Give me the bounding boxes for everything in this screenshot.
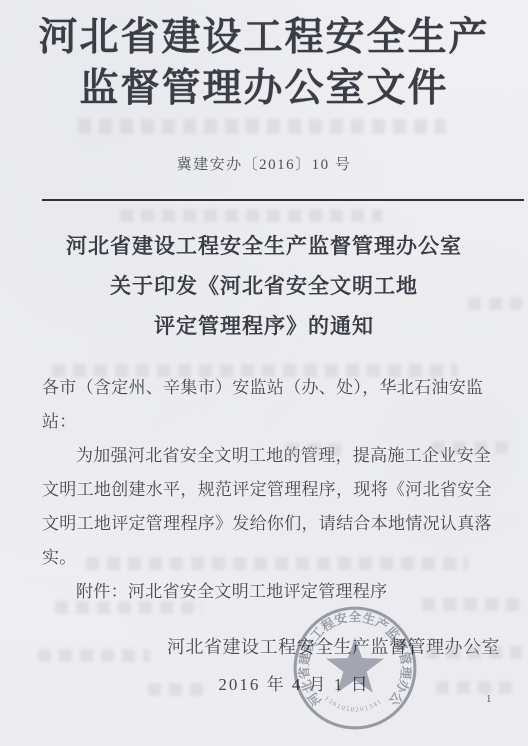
document-title-line1: 河北省建设工程安全生产监督管理办公室 — [0, 226, 528, 266]
page-number: 1 — [486, 693, 492, 705]
document-body: 各市（含定州、辛集市）安监站（办、处），华北石油安监 站： 为加强河北省安全文明… — [42, 371, 492, 609]
issuer-signature: 河北省建设工程安全生产监督管理办公室 — [0, 633, 500, 659]
official-seal-graphic: 河北省建设工程安全生产监督管理办公室 1301050201341 — [289, 601, 421, 733]
document-title: 河北省建设工程安全生产监督管理办公室 关于印发《河北省安全文明工地 评定管理程序… — [0, 226, 528, 346]
attachment-line: 附件：河北省安全文明工地评定管理程序 — [42, 575, 492, 609]
body-paragraph-line2: 文明工地创建水平，规范评定管理程序，现将《河北省安全 — [42, 473, 492, 507]
seal-star-icon — [326, 638, 384, 693]
bleed-through-artifact — [120, 209, 382, 222]
letterhead-line1: 河北省建设工程安全生产 — [0, 12, 528, 63]
bleed-through-artifact — [436, 681, 518, 694]
scanned-document-page: 河北省建设工程安全生产 监督管理办公室文件 冀建安办〔2016〕10 号 河北省… — [0, 0, 528, 746]
body-paragraph-line3: 文明工地评定管理程序》发给你们，请结合本地情况认真落 — [42, 507, 492, 541]
document-title-line2: 关于印发《河北省安全文明工地 — [0, 266, 528, 306]
body-paragraph-line4: 实。 — [42, 541, 492, 575]
bleed-through-artifact — [78, 119, 446, 134]
letterhead: 河北省建设工程安全生产 监督管理办公室文件 — [0, 12, 528, 114]
seal-code: 1301050201341 — [323, 695, 384, 713]
body-paragraph-line1: 为加强河北省安全文明工地的管理，提高施工企业安全 — [42, 439, 492, 473]
official-seal: 河北省建设工程安全生产监督管理办公室 1301050201341 — [289, 601, 421, 733]
body-salutation-line1: 各市（含定州、辛集市）安监站（办、处），华北石油安监 — [42, 371, 492, 405]
letterhead-line2: 监督管理办公室文件 — [0, 63, 528, 114]
body-salutation-line2: 站： — [42, 405, 492, 439]
bleed-through-artifact — [148, 683, 208, 696]
document-title-line3: 评定管理程序》的通知 — [0, 306, 528, 346]
document-number: 冀建安办〔2016〕10 号 — [0, 153, 528, 174]
header-divider — [42, 199, 524, 201]
